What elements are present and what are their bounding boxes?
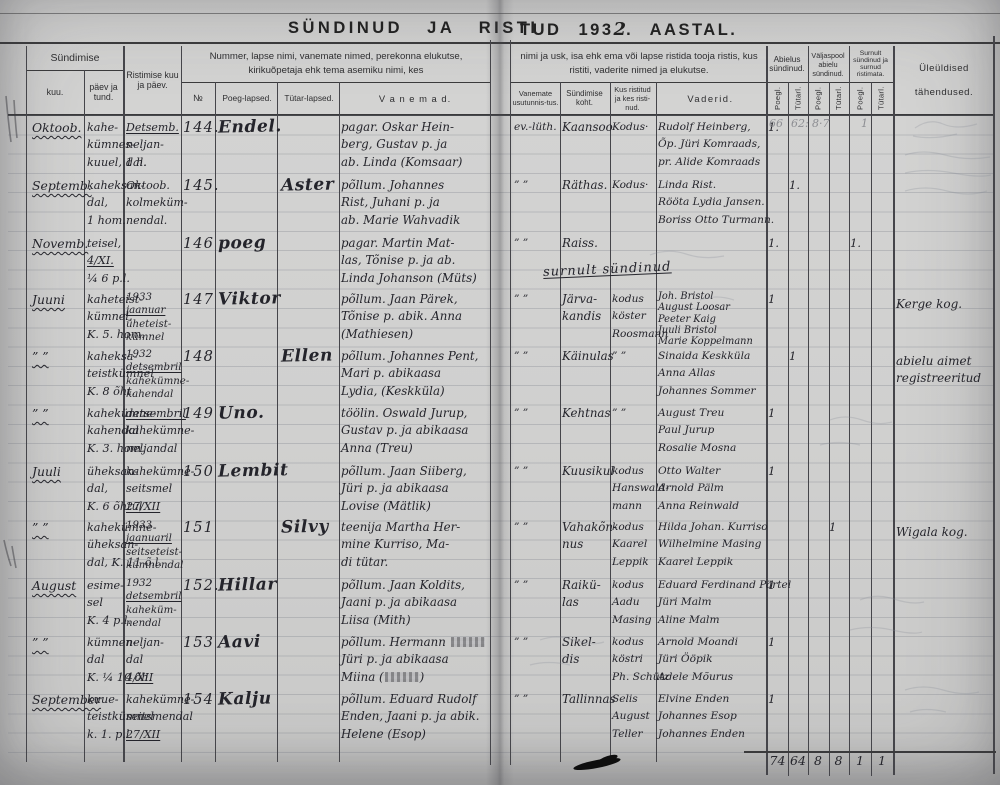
cell-son: Endel. xyxy=(218,119,278,136)
cell-ab_p: 1 xyxy=(768,405,787,422)
cell-kus: koduskösterRoosmann xyxy=(612,291,656,343)
cell-daughter: Aster xyxy=(281,177,339,194)
cell-vader: Arnold MoandiJüri ÖöpikAdele Mõurus xyxy=(658,634,766,686)
cell-place: Vahakõn-nus xyxy=(562,519,610,554)
cell-rist: kahekümne-seitsmel27/XII xyxy=(126,463,181,515)
cell-month: ” ” xyxy=(32,405,86,422)
cell-va_t: 1 xyxy=(829,519,848,536)
cell-conf: ” ” xyxy=(514,577,560,594)
cell-place: Käinulas xyxy=(562,348,610,365)
cell-kus: kodusköstriPh. Schütz xyxy=(612,634,656,686)
cell-kus: Kodus· xyxy=(612,119,656,136)
cell-vader: Hilda Johan. KurrisoWilhelmine MasingKaa… xyxy=(658,519,766,571)
cell-vader: Eduard Ferdinand PärtelJüri MalmAline Ma… xyxy=(658,577,766,629)
cell-month: Oktoob. xyxy=(32,119,86,136)
cell-place: Raikü-las xyxy=(562,577,610,612)
cell-rist: neljan-dal4/XII xyxy=(126,634,181,686)
cell-vader: Rudolf Heinberg,Õp. Jüri Komraads,pr. Al… xyxy=(658,119,766,171)
cell-conf: ” ” xyxy=(514,348,560,365)
register-row: ” ”kaheksa-teistkümnelK. 8 õht.1932detse… xyxy=(0,347,1000,405)
cell-rist: 1932detsembrilkaheküm-nendal xyxy=(126,577,181,631)
cell-ab_p: 1 xyxy=(768,634,787,651)
cell-kus: kodusHanswald-mann xyxy=(612,463,656,515)
cell-place: Räthas. xyxy=(562,177,610,194)
cell-vader: Elvine EndenJohannes EsopJohannes Enden xyxy=(658,691,766,743)
cell-ab_p: 1. xyxy=(768,235,787,252)
cell-ab_t: 1. xyxy=(789,177,807,194)
cell-conf: ” ” xyxy=(514,235,560,252)
cell-son: Kalju xyxy=(218,691,278,708)
cell-day: teisel,4/XI.¼ 6 p.l. xyxy=(87,235,125,287)
register-row: Septemb.kaheksan-dal,1 hom.Oktoob.kolmek… xyxy=(0,176,1000,234)
cell-parents: põllum. Johannes Pent,Mari p. abikaasaLy… xyxy=(341,348,491,400)
cell-daughter: Silvy xyxy=(281,519,339,536)
cell-son: Hillar xyxy=(218,577,278,594)
cell-kus: kodusKaarelLeppik xyxy=(612,519,656,571)
cell-rist: detsembrilkahekümne-neljandal xyxy=(126,405,181,457)
cell-son: Lembit xyxy=(218,463,278,480)
cell-month: September xyxy=(32,691,86,708)
cell-day: esime-selK. 4 p.l. xyxy=(87,577,125,629)
cell-nr: 144. xyxy=(183,119,215,136)
cell-nr: 150 xyxy=(183,463,215,480)
cell-day: üheksan-dal,K. 6 õhtul xyxy=(87,463,125,515)
cell-conf: ” ” xyxy=(514,291,560,308)
scanned-register-page: SÜNDINUD JA RISTI TUD 1932. AASTAL. Sünd… xyxy=(0,0,1000,785)
register-row: Novemb.teisel,4/XI.¼ 6 p.l.146poegpagar.… xyxy=(0,234,1000,292)
cell-kus: kodusAaduMasing xyxy=(612,577,656,629)
stillborn-note: surnult sündinud xyxy=(543,255,773,280)
cell-nr: 147 xyxy=(183,291,215,308)
cell-nr: 154 xyxy=(183,691,215,708)
cell-parents: põllum. Eduard RudolfEnden, Jaani p. ja … xyxy=(341,691,491,743)
redacted-text xyxy=(451,637,485,647)
cell-place: Raiss. xyxy=(562,235,610,252)
register-row: Septemberkuue-teistkümnelk. 1. p.l.kahek… xyxy=(0,690,1000,748)
cell-ab_p: 1 xyxy=(768,691,787,708)
cell-su_p: 1. xyxy=(850,235,870,252)
cell-place: Järva-kandis xyxy=(562,291,610,326)
cell-rist: Detsemb.neljan-dal. xyxy=(126,119,181,171)
cell-place: Kaansoo xyxy=(562,119,610,136)
cell-place: Kehtnas xyxy=(562,405,610,422)
cell-son: poeg xyxy=(218,235,278,252)
register-row: ” ”kahekümne-kahendalK. 3. hom.detsembri… xyxy=(0,404,1000,462)
cell-day: kümnen-dalK. ¼ 10 õh. xyxy=(87,634,125,686)
cell-day: kaheteist-kümnel,K. 5. hom. xyxy=(87,291,125,343)
column-total: 1 xyxy=(872,753,892,768)
column-total: 1 xyxy=(850,753,870,768)
cell-month: ” ” xyxy=(32,348,86,365)
cell-remark: Wigala kog. xyxy=(896,524,998,541)
cell-month: August xyxy=(32,577,86,594)
pencil-tally-top: 66 xyxy=(769,117,783,130)
cell-nr: 149 xyxy=(183,405,215,422)
cell-month: Juuni xyxy=(32,291,86,308)
cell-conf: ” ” xyxy=(514,691,560,708)
cell-month: Juuli xyxy=(32,463,86,480)
cell-vader: Otto WalterArnold PälmAnna Reinwald xyxy=(658,463,766,515)
cell-conf: ” ” xyxy=(514,405,560,422)
cell-parents: põllum. JohannesRist, Juhani p. jaab. Ma… xyxy=(341,177,491,229)
cell-nr: 148 xyxy=(183,348,215,365)
cell-son: Viktor xyxy=(218,291,278,308)
cell-remark: abielu aimetregistreeritud xyxy=(896,353,998,387)
cell-conf: ev.-lüth. xyxy=(514,119,560,136)
cell-nr: 151 xyxy=(183,519,215,536)
register-row: Oktoob.kahe-kümnes-kuuel, 1 h.Detsemb.ne… xyxy=(0,118,1000,176)
cell-month: ” ” xyxy=(32,519,86,536)
cell-daughter: Ellen xyxy=(281,348,339,365)
cell-vader: Linda Rist.Rööta Lydia Jansen.Boriss Ott… xyxy=(658,177,766,229)
cell-conf: ” ” xyxy=(514,463,560,480)
cell-ab_p: 1 xyxy=(768,463,787,480)
cell-vader: Sinaida KeskkülaAnna AllasJohannes Somme… xyxy=(658,348,766,400)
handwritten-entries-layer: Oktoob.kahe-kümnes-kuuel, 1 h.Detsemb.ne… xyxy=(0,0,1000,785)
cell-parents: töölin. Oswald Jurup,Gustav p. ja abikaa… xyxy=(341,405,491,457)
cell-nr: 145. xyxy=(183,177,215,194)
cell-conf: ” ” xyxy=(514,519,560,536)
cell-rist: 1933jaanuarüheteist-kümnel xyxy=(126,291,181,345)
cell-kus: SelisAugustTeller xyxy=(612,691,656,743)
cell-place: Kuusikul xyxy=(562,463,610,480)
cell-ab_p: 1 xyxy=(768,291,787,308)
cell-parents: teenija Martha Her-mine Kurriso, Ma-di t… xyxy=(341,519,491,571)
register-row: Juunikaheteist-kümnel,K. 5. hom.1933jaan… xyxy=(0,290,1000,348)
cell-kus: ” ” xyxy=(612,405,656,422)
cell-month: Septemb. xyxy=(32,177,86,194)
cell-day: kahekümne-kahendalK. 3. hom. xyxy=(87,405,125,457)
register-row: Juuliüheksan-dal,K. 6 õhtulkahekümne-sei… xyxy=(0,462,1000,520)
cell-rist: Oktoob.kolmeküm-nendal. xyxy=(126,177,181,229)
cell-day: kaheksan-dal,1 hom. xyxy=(87,177,125,229)
column-total: 64 xyxy=(789,753,807,768)
cell-ab_p: 1 xyxy=(768,577,787,594)
cell-kus: ” ” xyxy=(612,348,656,365)
cell-ab_t: 1 xyxy=(789,348,807,365)
cell-son: Aavi xyxy=(218,634,278,651)
cell-remark: Kerge kog. xyxy=(896,296,998,313)
pencil-tally-top: 62: xyxy=(791,117,809,130)
cell-conf: ” ” xyxy=(514,177,560,194)
cell-conf: ” ” xyxy=(514,634,560,651)
register-row: ” ”kümnen-dalK. ¼ 10 õh.neljan-dal4/XII1… xyxy=(0,633,1000,691)
redacted-text xyxy=(385,672,419,682)
pencil-tally-top: 8·7 xyxy=(812,117,830,130)
cell-day: kuue-teistkümnelk. 1. p.l. xyxy=(87,691,125,743)
cell-day: kaheksa-teistkümnelK. 8 õht. xyxy=(87,348,125,400)
cell-rist: 1933jaanuarilseitseteist-kümnendal xyxy=(126,519,181,573)
cell-parents: pagar. Martin Mat-las, Tõnise p. ja ab.L… xyxy=(341,235,491,287)
cell-nr: 146 xyxy=(183,235,215,252)
cell-nr: 153 xyxy=(183,634,215,651)
register-row: ” ”kahekümne-üheksan-dal, K. 11 õ.l.1933… xyxy=(0,518,1000,576)
cell-place: Sikel-dis xyxy=(562,634,610,669)
column-total: 8 xyxy=(809,753,827,768)
cell-month: Novemb. xyxy=(32,235,86,252)
cell-day: kahekümne-üheksan-dal, K. 11 õ.l. xyxy=(87,519,125,571)
cell-vader: August TreuPaul JurupRosalie Mosna xyxy=(658,405,766,457)
cell-kus: Kodus· xyxy=(612,177,656,194)
cell-parents: põllum. Jaan Pärek,Tõnise p. abik. Anna(… xyxy=(341,291,491,343)
column-total: 8 xyxy=(829,753,848,768)
cell-place: Tallinnas xyxy=(562,691,610,708)
cell-parents: pagar. Oskar Hein-berg, Gustav p. jaab. … xyxy=(341,119,491,171)
cell-day: kahe-kümnes-kuuel, 1 h. xyxy=(87,119,125,171)
cell-month: ” ” xyxy=(32,634,86,651)
cell-parents: põllum. Jaan Siiberg,Jüri p. ja abikaasa… xyxy=(341,463,491,515)
pencil-tally-top: 1 xyxy=(861,117,868,130)
cell-rist: 1932detsembrilkahekümne-kahendal xyxy=(126,348,181,402)
cell-son: Uno. xyxy=(218,405,278,422)
cell-nr: 152. xyxy=(183,577,215,594)
column-total: 74 xyxy=(768,753,787,768)
register-row: Augustesime-selK. 4 p.l.1932detsembrilka… xyxy=(0,576,1000,634)
totals-rule xyxy=(744,751,996,753)
cell-vader: Joh. BristolAugust LoosarPeeter KaigJuul… xyxy=(658,291,766,347)
cell-parents: põllum. Jaan Koldits,Jaani p. ja abikaas… xyxy=(341,577,491,629)
cell-rist: kahekümne-seitsmendal27/XII xyxy=(126,691,181,743)
cell-parents: põllum. Hermann Jüri p. ja abikaasaMiina… xyxy=(341,634,491,686)
